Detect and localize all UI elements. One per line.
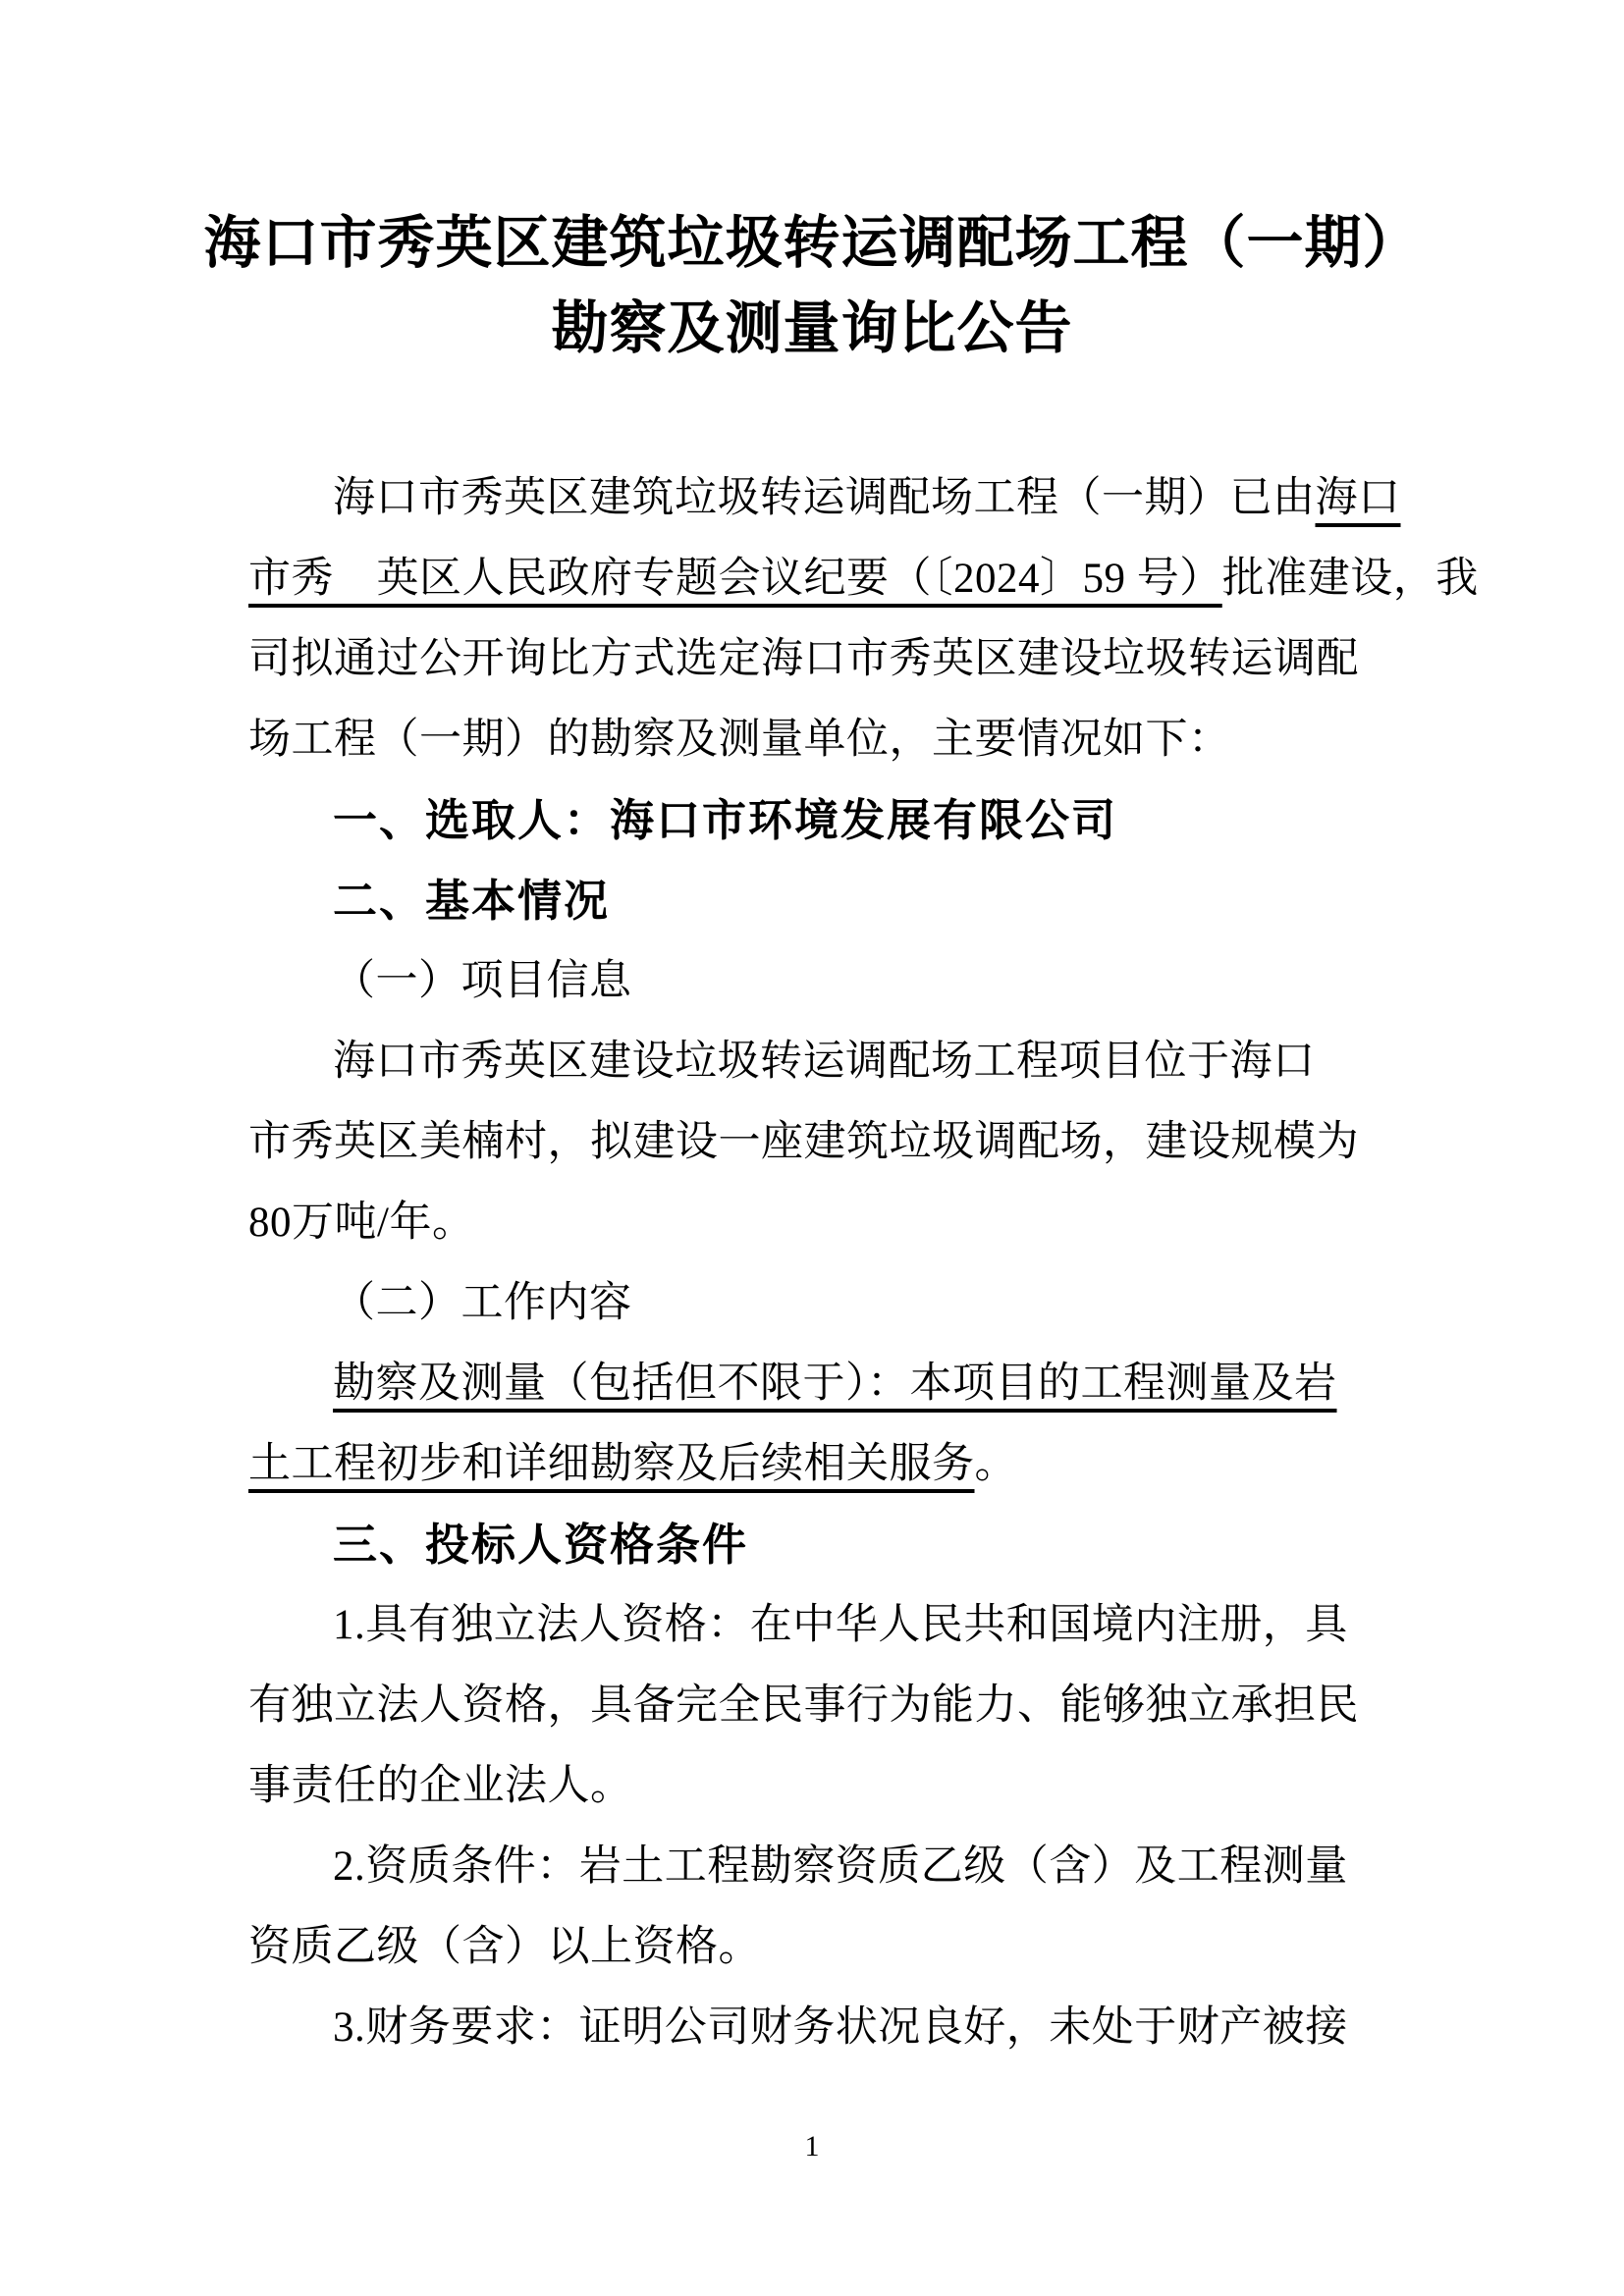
text-segment: 二、基本情况 xyxy=(333,876,610,926)
text-segment: 有独立法人资格，具备完全民事行为能力、能够独立承担民 xyxy=(248,1682,1359,1729)
page-footer: 1 xyxy=(0,2130,1624,2163)
text-line: 海口市秀英区建设垃圾转运调配场工程项目位于海口 xyxy=(248,1022,1428,1102)
text-segment: 三、投标人资格条件 xyxy=(333,1520,748,1570)
text-segment: 海口市秀英区建设垃圾转运调配场工程项目位于海口 xyxy=(333,1039,1316,1085)
sub-heading: （二）工作内容 xyxy=(248,1263,1428,1344)
text-segment: 1.具有独立法人资格：在中华人民共和国境内注册，具 xyxy=(333,1602,1348,1648)
page-number: 1 xyxy=(805,2130,820,2163)
text-line: 1.具有独立法人资格：在中华人民共和国境内注册，具 xyxy=(248,1585,1428,1666)
document-title: 海口市秀英区建筑垃圾转运调配场工程（一期）勘察及测量询比公告 xyxy=(0,200,1624,371)
text-segment: 市秀英区美楠村，拟建设一座建筑垃圾调配场，建设规模为 xyxy=(248,1119,1359,1165)
text-segment: 资质乙级（含）以上资格。 xyxy=(248,1924,761,1970)
text-segment: 场工程（一期）的勘察及测量单位，主要情况如下： xyxy=(248,717,1231,763)
underlined-segment: 市秀 英区人民政府专题会议纪要（〔2024〕59 号） xyxy=(248,556,1222,602)
text-segment: （二）工作内容 xyxy=(333,1280,632,1326)
text-segment: 2.资质条件：岩土工程勘察资质乙级（含）及工程测量 xyxy=(333,1843,1348,1890)
text-line: 有独立法人资格，具备完全民事行为能力、能够独立承担民 xyxy=(248,1666,1428,1746)
section-heading: 一、选取人：海口市环境发展有限公司 xyxy=(248,780,1428,861)
sub-heading: （一）项目信息 xyxy=(248,941,1428,1022)
text-line: 海口市秀英区建筑垃圾转运调配场工程（一期）已由海口 xyxy=(248,458,1428,539)
title-line: 海口市秀英区建筑垃圾转运调配场工程（一期） xyxy=(0,200,1624,286)
underlined-segment: 勘察及测量（包括但不限于）：本项目的工程测量及岩 xyxy=(333,1361,1337,1407)
text-line: 2.资质条件：岩土工程勘察资质乙级（含）及工程测量 xyxy=(248,1827,1428,1907)
text-line: 土工程初步和详细勘察及后续相关服务。 xyxy=(248,1424,1428,1505)
text-segment: 海口市秀英区建筑垃圾转运调配场工程（一期）已由 xyxy=(333,475,1316,521)
text-line: 场工程（一期）的勘察及测量单位，主要情况如下： xyxy=(248,700,1428,780)
text-line: 事责任的企业法人。 xyxy=(248,1746,1428,1827)
document-page: 海口市秀英区建筑垃圾转运调配场工程（一期）勘察及测量询比公告 海口市秀英区建筑垃… xyxy=(0,0,1624,2296)
text-segment: 80万吨/年。 xyxy=(248,1200,474,1246)
text-segment: 。 xyxy=(975,1441,1018,1487)
text-segment: 事责任的企业法人。 xyxy=(248,1763,633,1809)
text-line: 司拟通过公开询比方式选定海口市秀英区建设垃圾转运调配 xyxy=(248,619,1428,700)
text-segment: 3.财务要求：证明公司财务状况良好，未处于财产被接 xyxy=(333,2004,1348,2051)
underlined-segment: 海口 xyxy=(1316,475,1401,521)
document-body: 海口市秀英区建筑垃圾转运调配场工程（一期）已由海口市秀 英区人民政府专题会议纪要… xyxy=(248,458,1428,2068)
text-segment: 一、选取人：海口市环境发展有限公司 xyxy=(333,795,1117,845)
title-line: 勘察及测量询比公告 xyxy=(0,286,1624,371)
section-heading: 三、投标人资格条件 xyxy=(248,1505,1428,1585)
section-heading: 二、基本情况 xyxy=(248,861,1428,941)
text-segment: 司拟通过公开询比方式选定海口市秀英区建设垃圾转运调配 xyxy=(248,636,1359,682)
text-line: 3.财务要求：证明公司财务状况良好，未处于财产被接 xyxy=(248,1988,1428,2068)
underlined-segment: 土工程初步和详细勘察及后续相关服务 xyxy=(248,1441,975,1487)
text-line: 勘察及测量（包括但不限于）：本项目的工程测量及岩 xyxy=(248,1344,1428,1424)
text-line: 市秀英区美楠村，拟建设一座建筑垃圾调配场，建设规模为 xyxy=(248,1102,1428,1183)
text-line: 80万吨/年。 xyxy=(248,1183,1428,1263)
text-line: 市秀 英区人民政府专题会议纪要（〔2024〕59 号）批准建设，我 xyxy=(248,539,1428,619)
text-line: 资质乙级（含）以上资格。 xyxy=(248,1907,1428,1988)
text-segment: （一）项目信息 xyxy=(333,958,632,1004)
text-segment: 批准建设，我 xyxy=(1222,556,1479,602)
